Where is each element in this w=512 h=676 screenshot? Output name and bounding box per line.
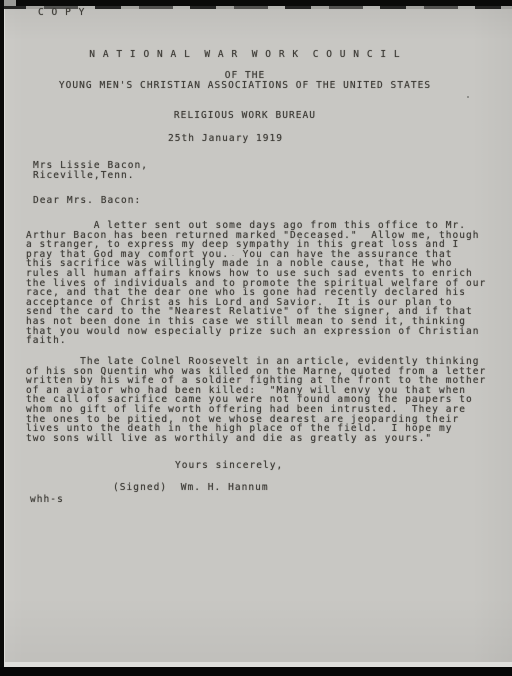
date-line: 25th January 1919: [168, 134, 283, 144]
scanned-letter-page: C O P Y N A T I O N A L W A R W O R K C …: [0, 0, 512, 676]
letterhead-bureau: RELIGIOUS WORK BUREAU: [26, 111, 464, 121]
scan-border-bottom: [0, 667, 512, 676]
signature-line: (Signed) Wm. H. Hannum: [113, 483, 269, 493]
scan-border-left: [0, 0, 4, 676]
complimentary-close: Yours sincerely,: [175, 461, 283, 471]
letterhead-org-name: N A T I O N A L W A R W O R K C O U N C …: [26, 50, 464, 60]
body-paragraph-2: The late Colnel Roosevelt in an article,…: [26, 357, 486, 443]
scan-speck: [467, 96, 469, 98]
copy-stamp: C O P Y: [38, 8, 85, 18]
typist-initials: whh-s: [30, 495, 64, 505]
recipient-address: Mrs Lissie Bacon, Riceville,Tenn.: [33, 161, 148, 180]
salutation: Dear Mrs. Bacon:: [33, 196, 141, 206]
letterhead-org-sub: YOUNG MEN'S CHRISTIAN ASSOCIATIONS OF TH…: [26, 81, 464, 91]
body-paragraph-1: A letter sent out some days ago from thi…: [26, 221, 486, 346]
